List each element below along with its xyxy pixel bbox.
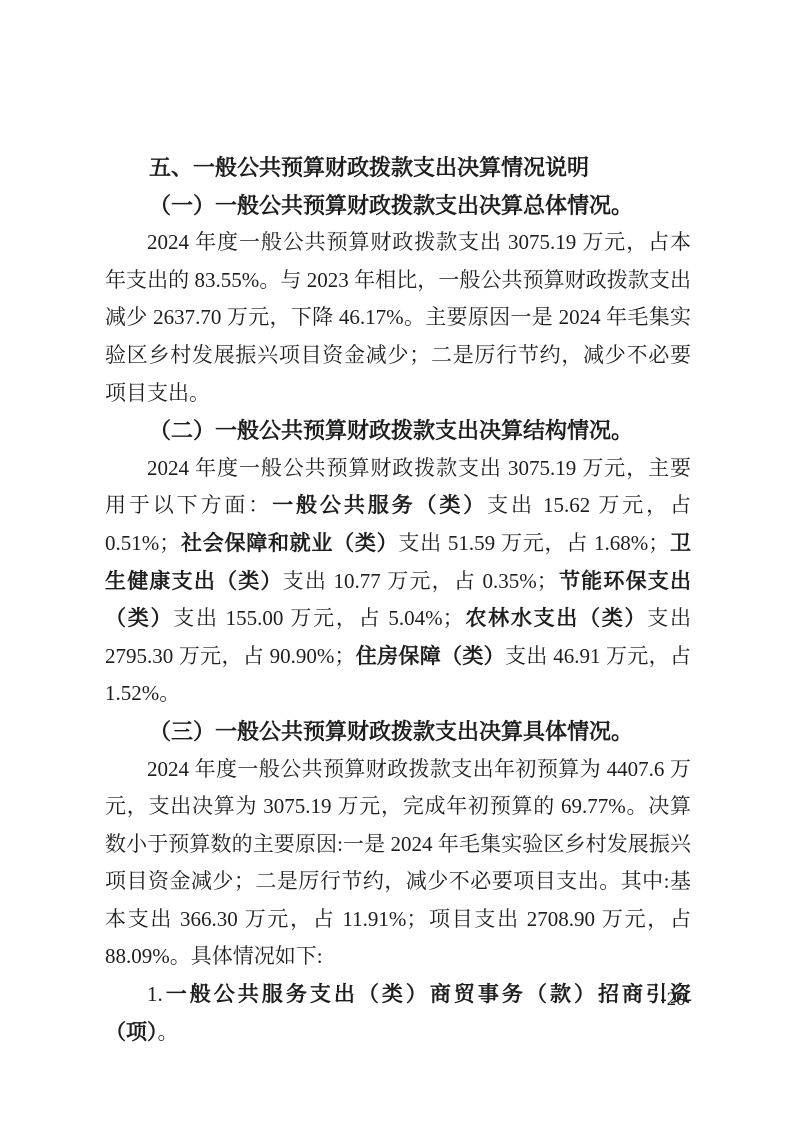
item-1-paragraph: 1.一般公共服务支出（类）商贸事务（款）招商引资（项）。 bbox=[105, 976, 691, 1051]
text-segment: 。 bbox=[158, 1020, 179, 1044]
subsection-2-heading: （二）一般公共预算财政拨款支出决算结构情况。 bbox=[105, 412, 691, 450]
structure-paragraph: 2024 年度一般公共预算财政拨款支出 3075.19 万元，主要用于以下方面：… bbox=[105, 450, 691, 713]
subsection-1-heading: （一）一般公共预算财政拨款支出决算总体情况。 bbox=[105, 187, 691, 225]
overview-paragraph: 2024 年度一般公共预算财政拨款支出 3075.19 万元，占本年支出的 83… bbox=[105, 224, 691, 412]
expense-category-housing-security: 住房保障（类） bbox=[355, 645, 505, 668]
content-area: 五、一般公共预算财政拨款支出决算情况说明 （一）一般公共预算财政拨款支出决算总体… bbox=[105, 149, 691, 1051]
text-segment: 支出 51.59 万元，占 1.68%； bbox=[398, 531, 669, 555]
expense-category-general-public-services: 一般公共服务（类） bbox=[272, 494, 487, 517]
section-5-heading: 五、一般公共预算财政拨款支出决算情况说明 bbox=[105, 149, 691, 187]
document-page: 五、一般公共预算财政拨款支出决算情况说明 （一）一般公共预算财政拨款支出决算总体… bbox=[0, 0, 794, 1122]
detail-paragraph: 2024 年度一般公共预算财政拨款支出年初预算为 4407.6 万元，支出决算为… bbox=[105, 751, 691, 977]
expense-category-agriculture-forestry-water: 农林水支出（类） bbox=[464, 607, 648, 630]
page-number: -20- bbox=[660, 988, 692, 1012]
text-segment: 支出 155.00 万元，占 5.04%； bbox=[173, 606, 463, 630]
item-number: 1. bbox=[147, 982, 163, 1006]
item-1-title: 一般公共服务支出（类）商贸事务（款）招商引资（项） bbox=[105, 983, 691, 1044]
expense-category-social-security-employment: 社会保障和就业（类） bbox=[180, 532, 398, 555]
subsection-3-heading: （三）一般公共预算财政拨款支出决算具体情况。 bbox=[105, 713, 691, 751]
text-segment: 支出 10.77 万元，占 0.35%； bbox=[283, 569, 558, 593]
